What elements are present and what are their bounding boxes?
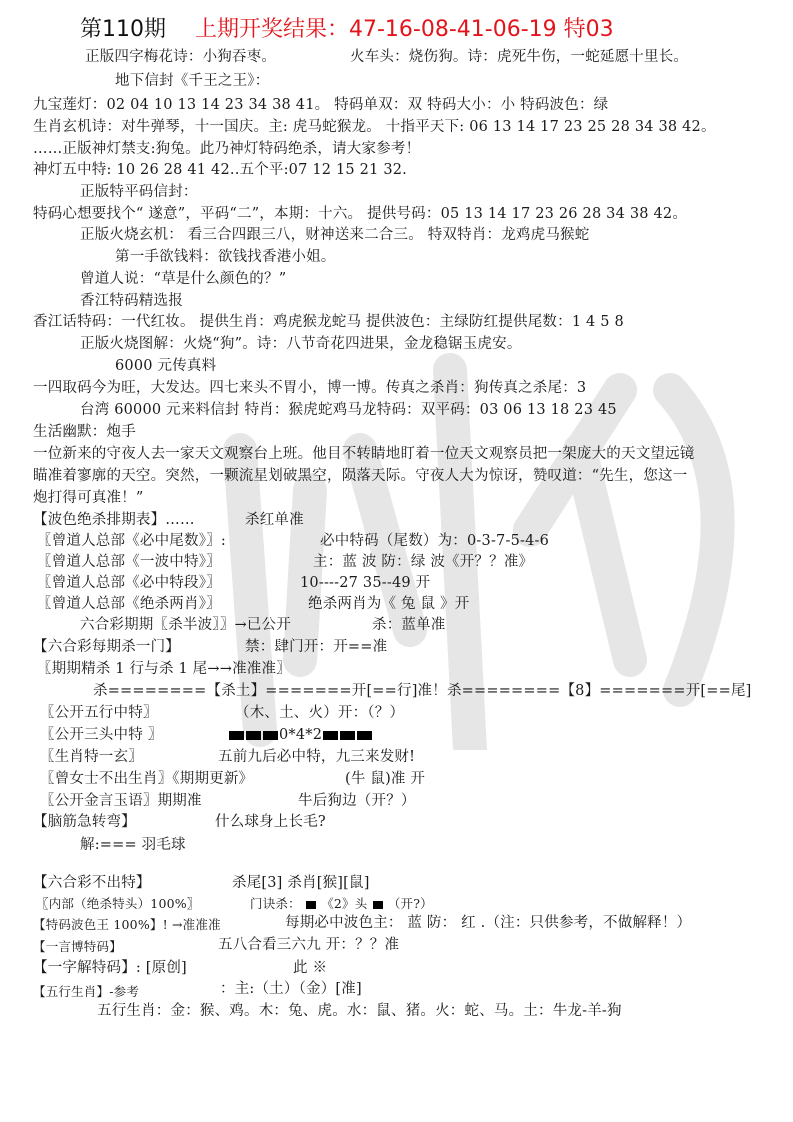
humor-title: 生活幽默：炮手: [33, 423, 136, 441]
taiwan-line: 台湾 60000 元来料信封 特肖：猴虎蛇鸡马龙特码：双平码：03 06 13 …: [80, 401, 617, 419]
block-icon: [306, 901, 316, 909]
lamp-five-line: 神灯五中特: 10 26 28 41 42..五个平:07 12 15 21 3…: [33, 161, 407, 179]
three-head-digits: 0*4*2: [279, 727, 322, 743]
issue-number: 第110期: [80, 17, 166, 42]
plum-poem-line: 正版四字梅花诗：小狗吞枣。: [85, 48, 276, 66]
wave-label: 〖曾道人总部《一波中特》〗: [37, 553, 221, 571]
zodiac-poem-line: 生肖玄机诗：对牛弹琴，十一国庆。主: 虎马蛇猴龙。 十指平天下: 06 13 1…: [33, 118, 716, 136]
three-head-label: 〖公开三头中特 〗: [40, 726, 162, 744]
wave-king-label: 【特码波色王 100%】! →准准准: [33, 916, 221, 934]
internal-kill-label: 〖内部（绝杀特头）100%〗: [36, 895, 200, 913]
humor-text-2: 瞄准着寥廓的天空。突然，一颗流星划破黑空，陨落天际。守夜人大为惊讶，赞叹道：“先…: [33, 467, 687, 485]
one-word-bet-label: 【一言博特码】: [33, 938, 122, 956]
riddle-question: 什么球身上长毛?: [215, 813, 326, 831]
kill-two-value: 绝杀两肖为《 兔 鼠 》开: [308, 595, 469, 613]
one-char-value: 此 ※: [293, 959, 327, 977]
block-icon: [246, 731, 261, 740]
five-element-value: （木、土、火）开：（？）: [235, 704, 404, 722]
train-head-line: 火车头：烧伤狗。诗：虎死牛伤，一蛇延愿十里长。: [350, 48, 688, 66]
humor-text-3: 炮打得可真准！”: [33, 489, 144, 507]
no-special-value: 杀尾[3] 杀肖[猴][鼠]: [232, 874, 370, 892]
block-icon: [357, 731, 372, 740]
fire-diagram-line: 正版火烧图解：火烧“狗”。诗：八节奇花四进果，金龙稳锯玉虎安。: [80, 335, 522, 353]
special-code-line: 特码心想要找个“ 遂意”，平码“二”，本期：十六。 提供号码：05 13 14 …: [33, 205, 687, 223]
block-icon: [229, 731, 244, 740]
block-icon: [263, 731, 278, 740]
last-draw-result: 上期开奖结果：47-16-08-41-06-19 特03: [195, 17, 614, 42]
fire-mystery-line: 正版火烧玄机： 看三合四跟三八，财神送来二合三。 特双特肖：龙鸡虎马猴蛇: [80, 226, 589, 244]
golden-words-label: 〖公开金言玉语〗期期准: [40, 792, 202, 810]
one-word-bet-value: 五八合看三六九 开：？？准: [218, 936, 399, 954]
three-head-value: 0*4*2: [228, 726, 373, 744]
zodiac-mystery-label: 〖生肖特一玄〗: [40, 748, 143, 766]
madam-zeng-value: (牛 鼠)准 开: [345, 770, 425, 788]
kill-open-text: （开?）: [388, 896, 433, 911]
half-wave-label: 六合彩期期〖杀半波〗〗→已公开: [80, 616, 291, 634]
kill-two-label: 〖曾道人总部《绝杀两肖》〗: [37, 595, 221, 613]
lamp-ban-line: ……正版神灯禁支:狗兔。此乃神灯特码绝杀，请大家参考！: [33, 140, 420, 158]
fax-title: 6000 元传真料: [115, 357, 216, 375]
kill-door-value: 禁：肆门开：开==准: [245, 638, 387, 656]
madam-zeng-label: 〖曾女士不出生肖〗《期期更新》: [40, 770, 253, 788]
tail-value: 必中特码（尾数）为：0-3-7-5-4-6: [320, 532, 549, 550]
golden-words-value: 牛后狗边（开？）: [298, 792, 416, 810]
kill-door-label: 【六合彩每期杀一门】: [33, 638, 180, 656]
humor-text-1: 一位新来的守夜人去一家天文观察台上班。他目不转睛地盯着一位天文观察员把一架庞大的…: [33, 445, 695, 463]
riddle-label: 【脑筋急转弯】: [33, 813, 136, 831]
master-says-line: 曾道人说：“草是什么颜色的？”: [80, 270, 286, 288]
five-element-label: 〖公开五行中特〗: [40, 704, 158, 722]
nine-lantern-line: 九宝莲灯：02 04 10 13 14 23 34 38 41。 特码单双：双 …: [33, 96, 608, 114]
wave-king-value: 每期必中波色主： 蓝 防： 红 .（注：只供参考，不做解释！）: [285, 914, 691, 932]
precise-kill-line: 〖期期精杀 1 行与杀 1 尾→→准准准〗: [37, 660, 291, 678]
segment-label: 〖曾道人总部《必中特段》〗: [37, 574, 221, 592]
xiangjiang-title: 香江特码精选报: [80, 292, 183, 310]
internal-kill-value: 门诀杀： 《2》头 （开?）: [250, 895, 433, 913]
kill-element-line: 杀========【杀土】=======开[==行]准！杀========【8】…: [93, 682, 752, 700]
kill-rule-text: 门诀杀：: [250, 896, 301, 911]
five-element-zodiac-label: 【五行生肖】-参考: [33, 983, 139, 1001]
wave-table-label: 【波色绝杀排期表】……: [33, 511, 195, 529]
page-header: 第110期 上期开奖结果：47-16-08-41-06-19 特03: [80, 12, 614, 43]
five-element-zodiac-list: 五行生肖：金：猴、鸡。木：兔、虎。水：鼠、猪。火：蛇、马。土：牛龙-羊-狗: [97, 1002, 622, 1020]
half-wave-value: 杀：蓝单准: [372, 616, 446, 634]
block-icon: [323, 731, 338, 740]
tail-label: 〖曾道人总部《必中尾数》〗:: [37, 532, 226, 550]
wave-table-value: 杀红单准: [245, 511, 304, 529]
zodiac-mystery-value: 五前九后必中特，九三来发财!: [218, 748, 415, 766]
segment-value: 10----27 35--49 开: [300, 574, 430, 592]
riddle-answer: 解:=== 羽毛球: [80, 836, 186, 854]
fax-line: 一四取码今为旺，大发达。四七来头不胃小，博一博。传真之杀肖：狗传真之杀尾：3: [33, 379, 586, 397]
wave-value: 主：蓝 波 防：绿 波《开？？准》: [313, 553, 533, 571]
five-element-zodiac-value: ：主:（土）（金）[准]: [220, 980, 362, 998]
underground-envelope-title: 地下信封《千王之王》：: [115, 72, 269, 90]
one-char-label: 【一字解特码】: [原创]: [33, 959, 187, 977]
block-icon: [340, 731, 355, 740]
kill-head-text: 《2》头: [321, 896, 367, 911]
block-icon: [373, 901, 383, 909]
envelope-title: 正版特平码信封：: [80, 183, 198, 201]
no-special-label: 【六合彩不出特】: [33, 874, 151, 892]
xiangjiang-line: 香江话特码：一代红妆。 提供生肖：鸡虎猴龙蛇马 提供波色：主绿防红提供尾数：1 …: [33, 313, 624, 331]
first-hand-line: 第一手欲钱料：欲钱找香港小姐。: [115, 248, 336, 266]
